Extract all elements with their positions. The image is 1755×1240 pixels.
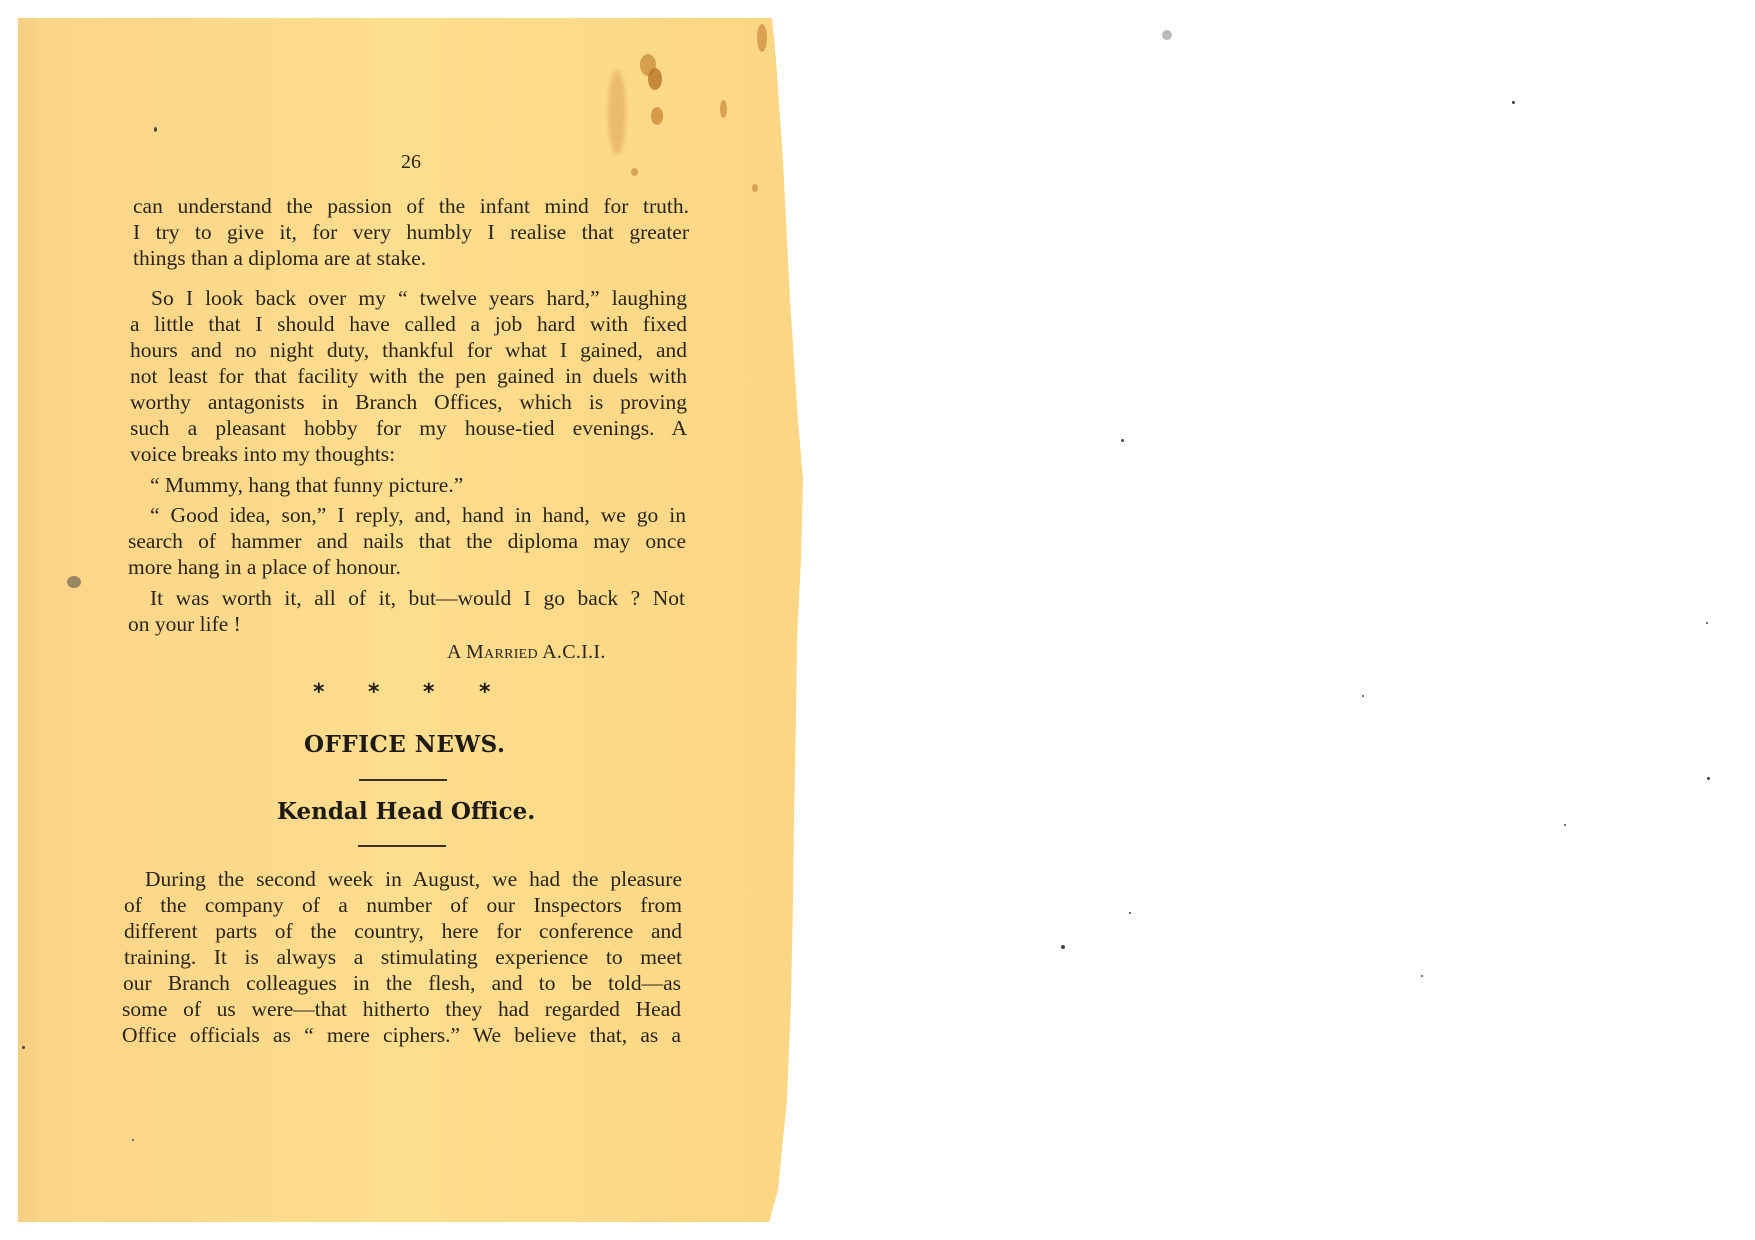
scan-speck — [1061, 945, 1065, 949]
asterisk: * — [423, 680, 435, 705]
scan-speck — [132, 1139, 134, 1141]
stain-mark — [67, 576, 81, 588]
section-heading: OFFICE NEWS. — [304, 731, 505, 758]
text-line: a little that I should have called a job… — [130, 311, 687, 337]
asterisk: * — [479, 680, 491, 705]
stain-mark — [608, 70, 626, 155]
article-signature: A Married A.C.I.I. — [447, 639, 606, 665]
text-line: worthy antagonists in Branch Offices, wh… — [130, 389, 687, 415]
text-line: training. It is always a stimulating exp… — [124, 944, 682, 970]
scan-speck — [154, 127, 157, 132]
scan-speck — [1362, 695, 1364, 697]
subsection-heading: Kendal Head Office. — [277, 798, 535, 825]
scan-speck — [1707, 777, 1710, 780]
scan-speck — [22, 1046, 25, 1049]
text-line: some of us were—that hitherto they had r… — [122, 996, 681, 1022]
heading-rule — [359, 779, 447, 781]
text-line: Office officials as “ mere ciphers.” We … — [122, 1022, 681, 1048]
text-line: different parts of the country, here for… — [124, 918, 682, 944]
text-line: such a pleasant hobby for my house-tied … — [130, 415, 687, 441]
heading-rule — [358, 845, 446, 847]
text-line: During the second week in August, we had… — [145, 866, 682, 892]
signature-prefix: A — [447, 641, 466, 663]
scan-speck — [1706, 622, 1708, 624]
stain-mark — [757, 24, 767, 52]
scan-speck — [1421, 975, 1423, 977]
text-line: not least for that facility with the pen… — [130, 363, 687, 389]
scan-speck — [1129, 912, 1131, 914]
asterisk: * — [368, 680, 380, 705]
text-line: “ Good idea, son,” I reply, and, hand in… — [150, 502, 686, 528]
stain-mark — [720, 100, 727, 118]
text-line: search of hammer and nails that the dipl… — [128, 528, 686, 554]
text-line: So I look back over my “ twelve years ha… — [151, 285, 687, 311]
scan-speck — [1121, 439, 1124, 442]
text-line: things than a diploma are at stake. — [133, 245, 426, 271]
signature-suffix: A.C.I.I. — [538, 641, 606, 663]
scan-speck — [1564, 824, 1566, 826]
stain-mark — [752, 184, 758, 192]
text-line: It was worth it, all of it, but—would I … — [150, 585, 685, 611]
stain-mark — [648, 68, 662, 90]
signature-small-caps: Married — [466, 641, 538, 663]
paper-sheet — [0, 0, 1755, 1240]
text-line: I try to give it, for very humbly I real… — [133, 219, 689, 245]
stain-mark — [651, 107, 663, 125]
stain-mark — [631, 168, 638, 176]
asterisk: * — [313, 680, 325, 705]
text-line: of the company of a number of our Inspec… — [124, 892, 682, 918]
text-line: on your life ! — [128, 611, 241, 637]
scanned-page-spread: 26 can understand the passion of the inf… — [0, 0, 1755, 1240]
scan-speck — [1162, 30, 1172, 40]
text-line: more hang in a place of honour. — [128, 554, 401, 580]
text-line: our Branch colleagues in the flesh, and … — [123, 970, 681, 996]
text-line: “ Mummy, hang that funny picture.” — [150, 472, 463, 498]
scan-speck — [1512, 101, 1515, 104]
page-number: 26 — [401, 149, 421, 175]
text-line: voice breaks into my thoughts: — [130, 441, 395, 467]
text-line: hours and no night duty, thankful for wh… — [130, 337, 687, 363]
text-line: can understand the passion of the infant… — [133, 193, 689, 219]
